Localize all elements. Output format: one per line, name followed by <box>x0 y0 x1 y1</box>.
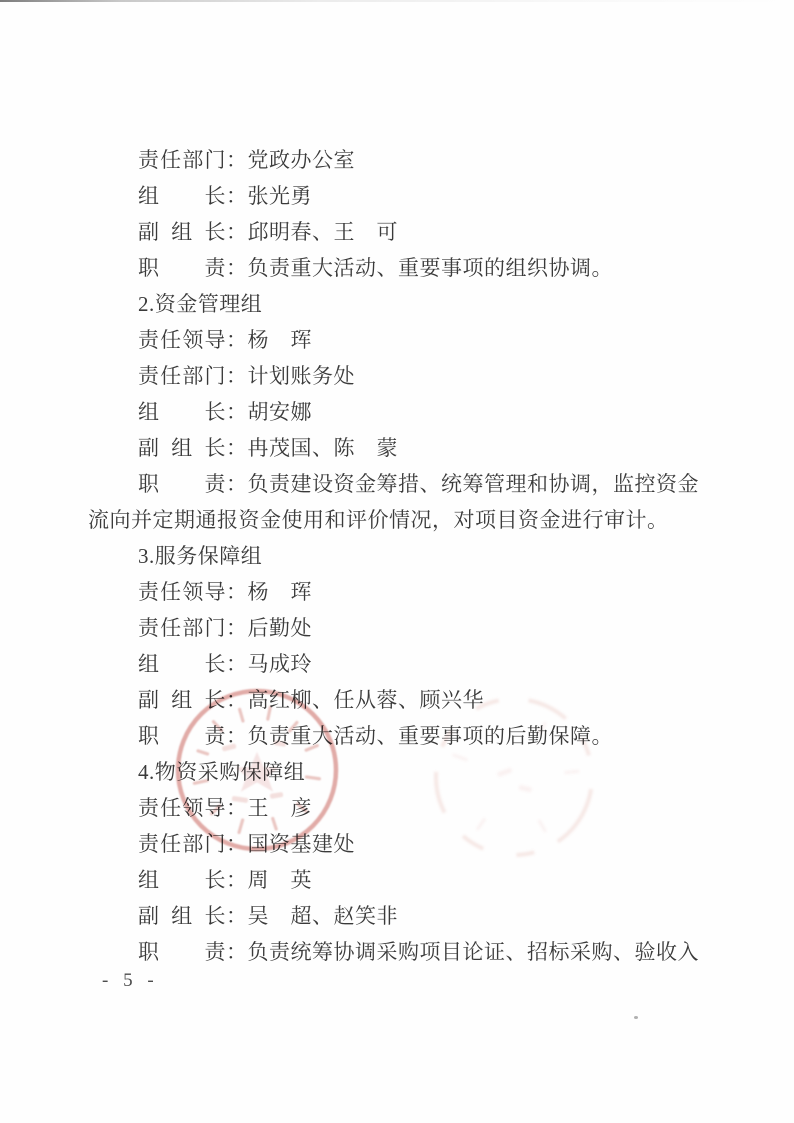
field-label: 责任部门 <box>138 358 226 394</box>
field-value: 杨 珲 <box>248 580 313 604</box>
field-label: 组长 <box>138 646 226 682</box>
colon-separator: ： <box>226 940 248 964</box>
field-value: 国资基建处 <box>248 832 356 856</box>
field-label: 职责 <box>138 934 226 970</box>
field-label: 职责 <box>138 466 226 502</box>
field-value: 周 英 <box>248 868 313 892</box>
field-label: 组长 <box>138 394 226 430</box>
field-line: 副组长：邱明春、王 可 <box>88 214 724 250</box>
field-line: 职责：负责重大活动、重要事项的后勤保障。 <box>88 718 724 754</box>
field-line: 组长：马成玲 <box>88 646 724 682</box>
field-value: 负责重大活动、重要事项的后勤保障。 <box>248 724 614 748</box>
colon-separator: ： <box>226 616 248 640</box>
colon-separator: ： <box>226 328 248 352</box>
field-line: 组长：张光勇 <box>88 178 724 214</box>
field-label: 责任领导 <box>138 574 226 610</box>
field-value: 张光勇 <box>248 184 313 208</box>
field-value: 邱明春、王 可 <box>248 220 399 244</box>
field-value: 马成玲 <box>248 652 313 676</box>
colon-separator: ： <box>226 652 248 676</box>
field-label: 责任部门 <box>138 610 226 646</box>
page-number: - 5 - <box>102 968 159 994</box>
field-line: 责任部门：党政办公室 <box>88 142 724 178</box>
colon-separator: ： <box>226 472 248 496</box>
colon-separator: ： <box>226 220 248 244</box>
field-line: 职责：负责统筹协调采购项目论证、招标采购、验收入 <box>88 934 724 970</box>
group-heading: 3.服务保障组 <box>88 538 724 574</box>
field-line: 责任领导：杨 珲 <box>88 322 724 358</box>
field-label: 组长 <box>138 178 226 214</box>
scan-speck-artifact <box>634 1016 638 1019</box>
field-line: 职责：负责重大活动、重要事项的组织协调。 <box>88 250 724 286</box>
field-label: 职责 <box>138 718 226 754</box>
field-value: 冉茂国、陈 蒙 <box>248 436 399 460</box>
colon-separator: ： <box>226 868 248 892</box>
field-value: 负责统筹协调采购项目论证、招标采购、验收入 <box>248 940 700 964</box>
field-line: 组长：周 英 <box>88 862 724 898</box>
field-line: 职责：负责建设资金筹措、统筹管理和协调，监控资金 <box>88 466 724 502</box>
field-line: 副组长：吴 超、赵笑非 <box>88 898 724 934</box>
colon-separator: ： <box>226 796 248 820</box>
colon-separator: ： <box>226 148 248 172</box>
field-value: 高红柳、任从蓉、顾兴华 <box>248 688 485 712</box>
colon-separator: ： <box>226 724 248 748</box>
field-label: 责任领导 <box>138 322 226 358</box>
field-line: 副组长：冉茂国、陈 蒙 <box>88 430 724 466</box>
field-value: 后勤处 <box>248 616 313 640</box>
field-value: 王 彦 <box>248 796 313 820</box>
field-value: 吴 超、赵笑非 <box>248 904 399 928</box>
colon-separator: ： <box>226 832 248 856</box>
field-line: 责任领导：杨 珲 <box>88 574 724 610</box>
scanned-document-page: 责任部门：党政办公室组长：张光勇副组长：邱明春、王 可职责：负责重大活动、重要事… <box>0 0 794 1123</box>
field-label: 副组长 <box>138 898 226 934</box>
field-label: 职责 <box>138 250 226 286</box>
colon-separator: ： <box>226 400 248 424</box>
field-label: 责任部门 <box>138 142 226 178</box>
field-label: 副组长 <box>138 430 226 466</box>
field-line: 责任部门：后勤处 <box>88 610 724 646</box>
field-label: 责任部门 <box>138 826 226 862</box>
group-heading: 2.资金管理组 <box>88 286 724 322</box>
document-body: 责任部门：党政办公室组长：张光勇副组长：邱明春、王 可职责：负责重大活动、重要事… <box>88 142 724 970</box>
colon-separator: ： <box>226 184 248 208</box>
continuation-line: 流向并定期通报资金使用和评价情况，对项目资金进行审计。 <box>88 502 724 538</box>
colon-separator: ： <box>226 436 248 460</box>
group-heading: 4.物资采购保障组 <box>88 754 724 790</box>
field-line: 组长：胡安娜 <box>88 394 724 430</box>
field-label: 副组长 <box>138 214 226 250</box>
colon-separator: ： <box>226 580 248 604</box>
field-value: 负责重大活动、重要事项的组织协调。 <box>248 256 614 280</box>
colon-separator: ： <box>226 256 248 280</box>
field-value: 负责建设资金筹措、统筹管理和协调，监控资金 <box>248 472 700 496</box>
colon-separator: ： <box>226 364 248 388</box>
field-line: 责任部门：计划账务处 <box>88 358 724 394</box>
field-label: 组长 <box>138 862 226 898</box>
field-value: 计划账务处 <box>248 364 356 388</box>
field-label: 副组长 <box>138 682 226 718</box>
scan-edge-artifact <box>0 0 794 2</box>
field-value: 胡安娜 <box>248 400 313 424</box>
field-line: 副组长：高红柳、任从蓉、顾兴华 <box>88 682 724 718</box>
field-line: 责任领导：王 彦 <box>88 790 724 826</box>
field-value: 杨 珲 <box>248 328 313 352</box>
colon-separator: ： <box>226 688 248 712</box>
colon-separator: ： <box>226 904 248 928</box>
field-label: 责任领导 <box>138 790 226 826</box>
field-line: 责任部门：国资基建处 <box>88 826 724 862</box>
field-value: 党政办公室 <box>248 148 356 172</box>
